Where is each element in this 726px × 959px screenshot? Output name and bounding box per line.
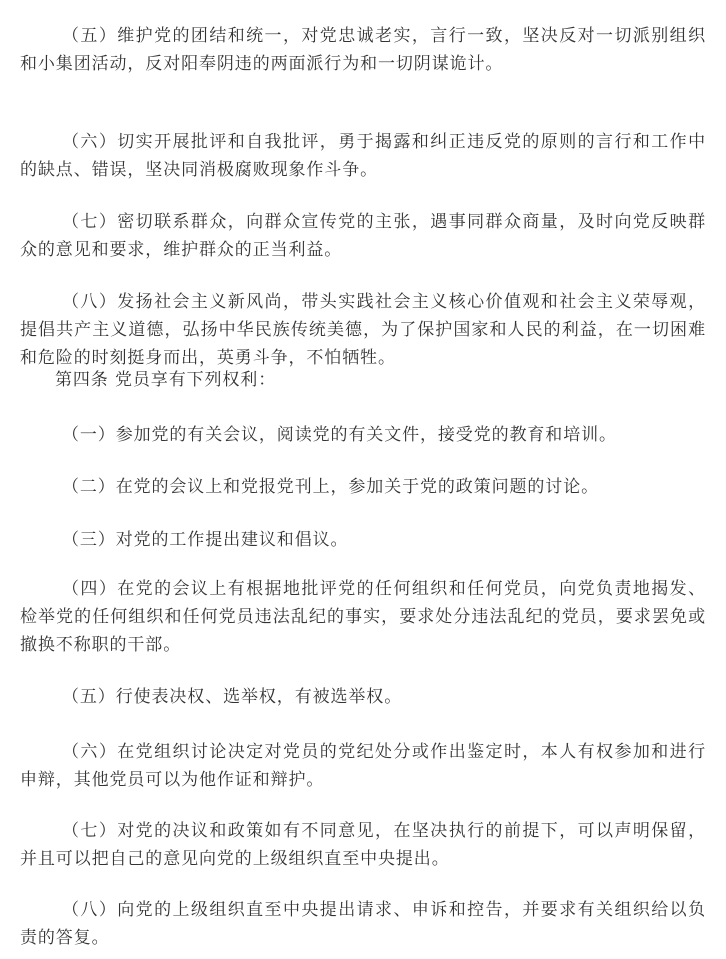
document-body: （五）维护党的团结和统一，对党忠诚老实，言行一致，坚决反对一切派别组织和小集团活…: [0, 0, 726, 959]
paragraph-duty-6: （六）切实开展批评和自我批评，勇于揭露和纠正违反党的原则的言行和工作中的缺点、错…: [20, 128, 706, 184]
paragraph-right-5: （五）行使表决权、选举权，有被选举权。: [20, 683, 706, 711]
paragraph-duty-5: （五）维护党的团结和统一，对党忠诚老实，言行一致，坚决反对一切派别组织和小集团活…: [20, 22, 706, 78]
paragraph-right-7: （七）对党的决议和政策如有不同意见，在坚决执行的前提下，可以声明保留，并且可以把…: [20, 817, 706, 873]
article-4-heading: 第四条 党员享有下列权利：: [20, 366, 706, 394]
paragraph-duty-7: （七）密切联系群众，向群众宣传党的主张，遇事同群众商量，及时向党反映群众的意见和…: [20, 208, 706, 264]
paragraph-right-8: （八）向党的上级组织直至中央提出请求、申诉和控告，并要求有关组织给以负责的答复。: [20, 896, 706, 952]
paragraph-right-1: （一）参加党的有关会议，阅读党的有关文件，接受党的教育和培训。: [20, 421, 706, 449]
paragraph-right-6: （六）在党组织讨论决定对党员的党纪处分或作出鉴定时，本人有权参加和进行申辩，其他…: [20, 738, 706, 794]
paragraph-right-3: （三）对党的工作提出建议和倡议。: [20, 526, 706, 554]
paragraph-duty-8: （八）发扬社会主义新风尚，带头实践社会主义核心价值观和社会主义荣辱观，提倡共产主…: [20, 288, 706, 372]
paragraph-right-2: （二）在党的会议上和党报党刊上，参加关于党的政策问题的讨论。: [20, 473, 706, 501]
paragraph-right-4: （四）在党的会议上有根据地批评党的任何组织和任何党员，向党负责地揭发、检举党的任…: [20, 575, 706, 659]
